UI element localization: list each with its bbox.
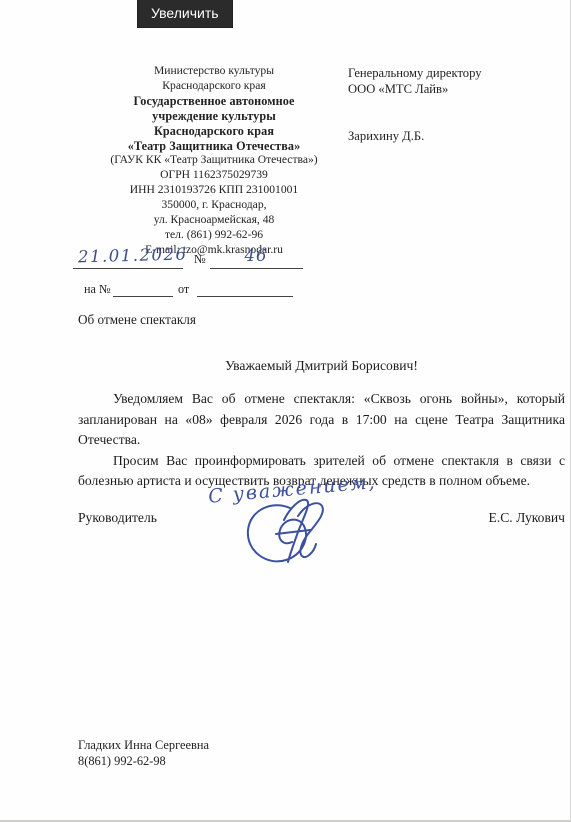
letterhead-org-name: учреждение культуры <box>86 109 342 124</box>
addressee-block: Генеральному директору ООО «МТС Лайв» За… <box>348 66 563 145</box>
reply-number-label: на № <box>84 282 111 297</box>
number-sign: № <box>194 252 206 267</box>
executor-phone: 8(861) 992-62-98 <box>78 754 209 770</box>
signer-name: Е.С. Лукович <box>489 510 565 526</box>
number-underline <box>210 268 303 269</box>
letterhead-inn-kpp: ИНН 2310193726 КПП 231001001 <box>86 183 342 198</box>
letterhead-phone: тел. (861) 992-62-96 <box>86 228 342 243</box>
reference-line-reply: на № от <box>78 282 328 304</box>
executor-block: Гладких Инна Сергеевна 8(861) 992-62-98 <box>78 738 209 770</box>
reference-block: 21.01.2026 № 46 на № от <box>78 246 328 304</box>
letterhead-line: Краснодарского края <box>86 79 342 94</box>
letterhead-org-name: Краснодарского края <box>86 124 342 139</box>
reply-date-label: от <box>178 282 189 297</box>
letter-subject: Об отмене спектакля <box>78 312 196 328</box>
letter-page: Увеличить Министерство культуры Краснода… <box>0 0 571 822</box>
letterhead-ogrn: ОГРН 1162375029739 <box>86 168 342 183</box>
letterhead-org-name: Государственное автономное <box>86 94 342 109</box>
salutation: Уважаемый Дмитрий Борисович! <box>78 358 565 374</box>
addressee-name: Зарихину Д.Б. <box>348 129 563 145</box>
letterhead-block: Министерство культуры Краснодарского кра… <box>86 64 342 258</box>
date-underline <box>73 268 183 269</box>
reference-line-date: 21.01.2026 № 46 <box>78 246 328 276</box>
reply-date-underline <box>197 296 293 297</box>
body-paragraph-1: Уведомляем Вас об отмене спектакля: «Скв… <box>78 389 565 451</box>
letterhead-abbr: (ГАУК КК «Театр Защитника Отечества») <box>86 153 342 168</box>
reply-number-underline <box>113 296 173 297</box>
letterhead-line: Министерство культуры <box>86 64 342 79</box>
letterhead-org-name: «Театр Защитника Отечества» <box>86 139 342 154</box>
enlarge-button[interactable]: Увеличить <box>138 0 232 27</box>
letterhead-address: 350000, г. Краснодар, <box>86 198 342 213</box>
signature-ink <box>238 490 348 570</box>
signer-title: Руководитель <box>78 510 157 526</box>
handwritten-number: 46 <box>210 246 302 265</box>
signature-row: Руководитель Е.С. Лукович <box>78 510 565 526</box>
executor-name: Гладких Инна Сергеевна <box>78 738 209 754</box>
addressee-company: ООО «МТС Лайв» <box>348 82 563 98</box>
addressee-position: Генеральному директору <box>348 66 563 82</box>
letterhead-address: ул. Красноармейская, 48 <box>86 213 342 228</box>
handwritten-date: 21.01.2026 <box>78 245 182 267</box>
